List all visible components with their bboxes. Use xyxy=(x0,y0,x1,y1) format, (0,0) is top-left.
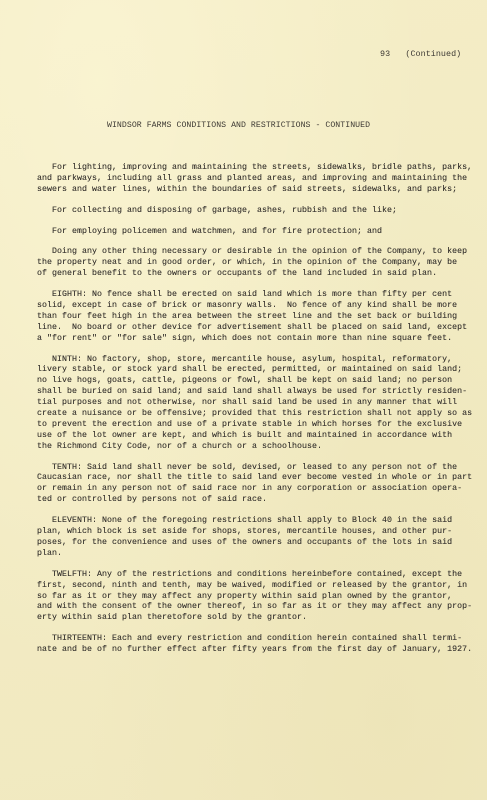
text-line: use of the lot owner are kept, and which… xyxy=(37,431,477,442)
text-line: THIRTEENTH: Each and every restriction a… xyxy=(37,634,477,645)
document-page: 93 (Continued) WINDSOR FARMS CONDITIONS … xyxy=(0,0,487,800)
text-line: and parkways, including all grass and pl… xyxy=(37,174,477,185)
paragraph-garbage: For collecting and disposing of garbage,… xyxy=(37,206,477,217)
text-line: create a nuisance or be offensive; provi… xyxy=(37,409,477,420)
paragraph-eleventh: ELEVENTH: None of the foregoing restrict… xyxy=(37,516,477,560)
text-line: NINTH: No factory, shop, store, mercanti… xyxy=(37,355,477,366)
text-line: EIGHTH: No fence shall be erected on sai… xyxy=(37,290,477,301)
paragraph-twelfth: TWELFTH: Any of the restrictions and con… xyxy=(37,570,477,624)
text-line: to prevent the erection and use of a pri… xyxy=(37,420,477,431)
text-line: Caucasian race, nor shall the title to s… xyxy=(37,473,477,484)
paragraph-eighth: EIGHTH: No fence shall be erected on sai… xyxy=(37,290,477,344)
text-line: no live hogs, goats, cattle, pigeons or … xyxy=(37,376,477,387)
text-line: For lighting, improving and maintaining … xyxy=(37,163,477,174)
paragraph-policemen: For employing policemen and watchmen, an… xyxy=(37,227,477,238)
text-line: For employing policemen and watchmen, an… xyxy=(37,227,477,238)
text-line: of general benefit to the owners or occu… xyxy=(37,269,477,280)
text-line: shall be buried on said land; and said l… xyxy=(37,387,477,398)
text-line: or remain in any person not of said race… xyxy=(37,484,477,495)
text-line: erty within said plan theretofore sold b… xyxy=(37,613,477,624)
paragraph-lighting: For lighting, improving and maintaining … xyxy=(37,163,477,196)
paragraph-thirteenth: THIRTEENTH: Each and every restriction a… xyxy=(37,634,477,656)
text-line: plan, which block is set aside for shops… xyxy=(37,527,477,538)
text-line: TWELFTH: Any of the restrictions and con… xyxy=(37,570,477,581)
text-line: livery stable, or stock yard shall be er… xyxy=(37,365,477,376)
text-line: line. No board or other device for adver… xyxy=(37,323,477,334)
text-line: and with the consent of the owner thereo… xyxy=(37,602,477,613)
text-line: the property neat and in good order, or … xyxy=(37,258,477,269)
text-line: a "for rent" or "for sale" sign, which d… xyxy=(37,334,477,345)
text-line: TENTH: Said land shall never be sold, de… xyxy=(37,463,477,474)
text-line: tial purposes and not otherwise, nor sha… xyxy=(37,398,477,409)
text-line: solid, except in case of brick or masonr… xyxy=(37,301,477,312)
text-line: Doing any other thing necessary or desir… xyxy=(37,247,477,258)
text-line: than four feet high in the area between … xyxy=(37,312,477,323)
document-body: For lighting, improving and maintaining … xyxy=(37,163,477,666)
text-line: plan. xyxy=(37,549,477,560)
paragraph-tenth: TENTH: Said land shall never be sold, de… xyxy=(37,463,477,507)
text-line: nate and be of no further effect after f… xyxy=(37,645,477,656)
text-line: ELEVENTH: None of the foregoing restrict… xyxy=(37,516,477,527)
continued-label: (Continued) xyxy=(405,49,461,59)
text-line: first, second, ninth and tenth, may be w… xyxy=(37,581,477,592)
text-line: ted or controlled by persons not of said… xyxy=(37,495,477,506)
text-line: the Richmond City Code, nor of a church … xyxy=(37,442,477,453)
text-line: For collecting and disposing of garbage,… xyxy=(37,206,477,217)
page-number: 93 xyxy=(380,49,390,59)
paragraph-other: Doing any other thing necessary or desir… xyxy=(37,247,477,280)
text-line: poses, for the convenience and uses of t… xyxy=(37,538,477,549)
text-line: sewers and water lines, within the bound… xyxy=(37,185,477,196)
paragraph-ninth: NINTH: No factory, shop, store, mercanti… xyxy=(37,355,477,453)
text-line: so far as it or they may affect any prop… xyxy=(37,592,477,603)
page-number-header: 93 (Continued) xyxy=(380,49,461,59)
document-heading: WINDSOR FARMS CONDITIONS AND RESTRICTION… xyxy=(107,121,370,130)
